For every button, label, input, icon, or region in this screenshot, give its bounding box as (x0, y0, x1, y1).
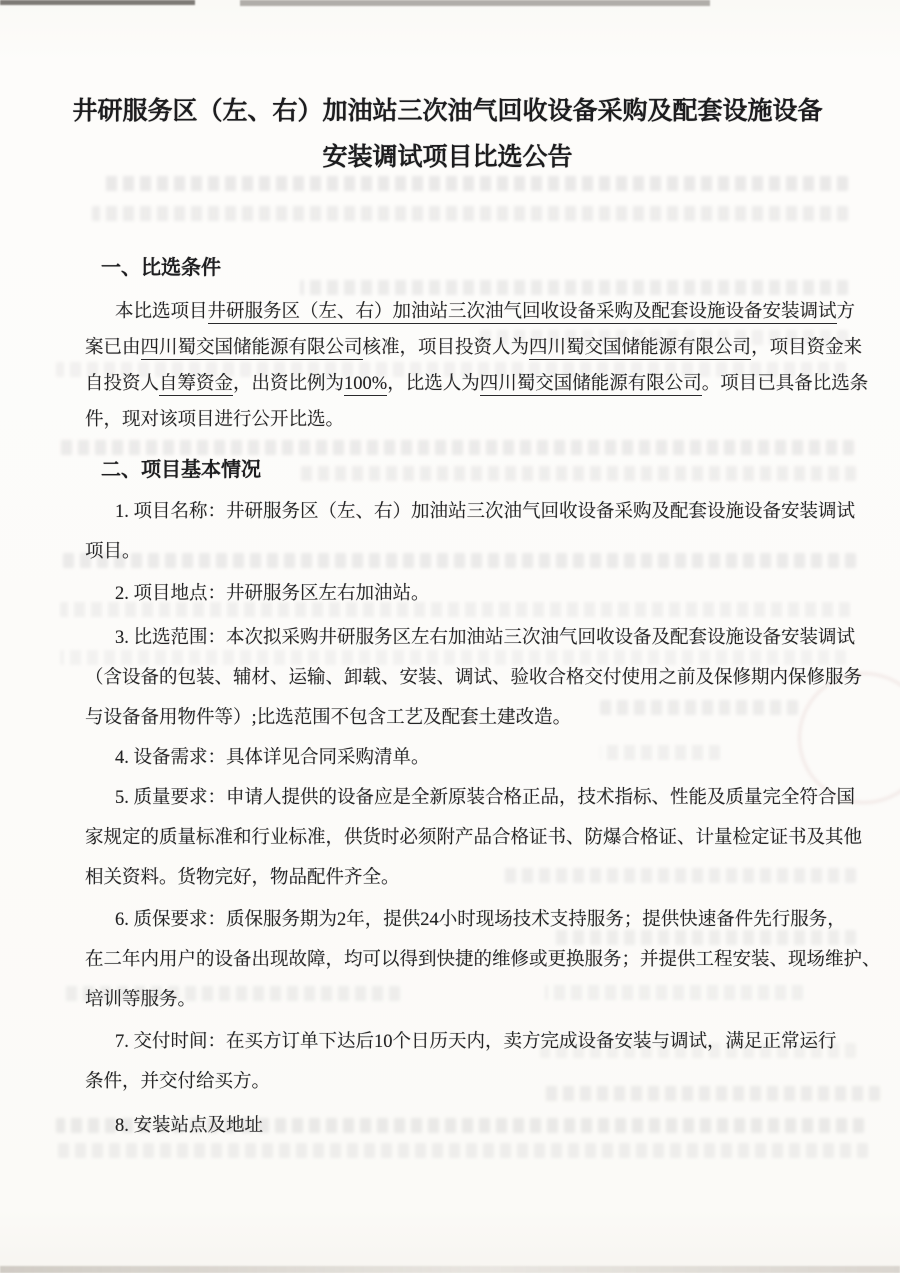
text-segment: ，比选人为 (387, 374, 480, 394)
item-project-name: 1. 项目名称：井研服务区（左、右）加油站三次油气回收设备采购及配套设施设备安装… (85, 492, 851, 572)
text-segment: 家规定的质量标准和行业标准，供货时必须附产品合格证书、防爆合格证、计量检定证书及… (85, 828, 862, 848)
text-line: 1. 项目名称：井研服务区（左、右）加油站三次油气回收设备采购及配套设施设备安装… (85, 492, 851, 532)
text-line: 相关资料。货物完好，物品配件齐全。 (85, 858, 851, 898)
text-line: 3. 比选范围：本次拟采购井研服务区左右加油站三次油气回收设备及配套设施设备安装… (85, 618, 851, 658)
item-equipment-demand: 4. 设备需求：具体详见合同采购清单。 (85, 738, 851, 778)
text-segment: 7. 交付时间：在买方订单下达后10个日历天内，卖方完成设备安装与调试，满足正常… (115, 1032, 837, 1052)
text-segment: 8. 安装站点及地址 (115, 1116, 263, 1136)
item-delivery-time: 7. 交付时间：在买方订单下达后10个日历天内，卖方完成设备安装与调试，满足正常… (85, 1022, 851, 1102)
text-segment: 5. 质量要求：申请人提供的设备应是全新原装合格正品，技术指标、性能及质量完全符… (115, 788, 855, 808)
item-warranty-requirements: 6. 质保要求：质保服务期为2年，提供24小时现场技术支持服务；提供快速备件先行… (85, 900, 851, 1020)
text-segment: 。项目已具备比选条 (702, 374, 869, 394)
underlined-text: 四川蜀交国储能源有限公司 (480, 374, 702, 396)
paragraph-bid-conditions: 本比选项目井研服务区（左、右）加油站三次油气回收设备采购及配套设施设备安装调试方… (85, 294, 851, 438)
text-line: 条件，并交付给买方。 (85, 1062, 851, 1102)
underlined-text: 自筹资金 (159, 374, 233, 396)
section-heading-bid-conditions: 一、比选条件 (101, 252, 851, 284)
text-segment: 相关资料。货物完好，物品配件齐全。 (85, 868, 400, 888)
text-segment: ，项目资金来 (751, 338, 862, 358)
text-line: 培训等服务。 (85, 980, 851, 1020)
text-line: 2. 项目地点：井研服务区左右加油站。 (85, 574, 851, 614)
text-line: （含设备的包装、辅材、运输、卸载、安装、调试、验收合格交付使用之前及保修期内保修… (85, 658, 851, 698)
text-segment: 2. 项目地点：井研服务区左右加油站。 (115, 584, 430, 604)
text-segment: 培训等服务。 (85, 990, 196, 1010)
text-segment: 在二年内用户的设备出现故障，均可以得到快捷的维修或更换服务；并提供工程安装、现场… (85, 950, 881, 970)
text-segment: （含设备的包装、辅材、运输、卸载、安装、调试、验收合格交付使用之前及保修期内保修… (85, 668, 862, 688)
scan-edge-artifact (240, 0, 710, 6)
item-project-location: 2. 项目地点：井研服务区左右加油站。 (85, 574, 851, 614)
document-title-line-2: 安装调试项目比选公告 (55, 134, 840, 180)
item-install-sites: 8. 安装站点及地址 (85, 1106, 851, 1146)
text-segment: 核准，项目投资人为 (363, 338, 530, 358)
document-title: 井研服务区（左、右）加油站三次油气回收设备采购及配套设施设备 安装调试项目比选公… (55, 88, 840, 180)
text-line: 家规定的质量标准和行业标准，供货时必须附产品合格证书、防爆合格证、计量检定证书及… (85, 818, 851, 858)
text-line: 8. 安装站点及地址 (85, 1106, 851, 1146)
text-segment: 本比选项目 (115, 302, 208, 322)
text-line: 本比选项目井研服务区（左、右）加油站三次油气回收设备采购及配套设施设备安装调试方 (85, 294, 851, 330)
text-segment: 6. 质保要求：质保服务期为2年，提供24小时现场技术支持服务；提供快速备件先行… (115, 910, 846, 930)
text-line: 项目。 (85, 532, 851, 572)
text-line: 7. 交付时间：在买方订单下达后10个日历天内，卖方完成设备安装与调试，满足正常… (85, 1022, 851, 1062)
text-line: 自投资人自筹资金，出资比例为100%，比选人为四川蜀交国储能源有限公司。项目已具… (85, 366, 851, 402)
text-segment: 件，现对该项目进行公开比选。 (85, 410, 344, 430)
text-segment: 方 (837, 302, 856, 322)
text-segment: 1. 项目名称：井研服务区（左、右）加油站三次油气回收设备采购及配套设施设备安装… (115, 502, 855, 522)
section-heading-project-overview: 二、项目基本情况 (101, 454, 851, 486)
text-segment: ，出资比例为 (233, 374, 344, 394)
scan-edge-artifact (0, 1266, 900, 1273)
bleedthrough-artifact (92, 206, 848, 221)
text-segment: 自投资人 (85, 374, 159, 394)
project-overview-items: 1. 项目名称：井研服务区（左、右）加油站三次油气回收设备采购及配套设施设备安装… (85, 492, 851, 1146)
text-segment: 与设备备用物件等）;比选范围不包含工艺及配套土建改造。 (85, 708, 571, 728)
underlined-text: 四川蜀交国储能源有限公司 (141, 338, 363, 360)
document-body: 一、比选条件 本比选项目井研服务区（左、右）加油站三次油气回收设备采购及配套设施… (85, 240, 851, 1146)
text-line: 6. 质保要求：质保服务期为2年，提供24小时现场技术支持服务；提供快速备件先行… (85, 900, 851, 940)
item-quality-requirements: 5. 质量要求：申请人提供的设备应是全新原装合格正品，技术指标、性能及质量完全符… (85, 778, 851, 898)
text-line: 案已由四川蜀交国储能源有限公司核准，项目投资人为四川蜀交国储能源有限公司，项目资… (85, 330, 851, 366)
underlined-text: 100% (344, 374, 387, 396)
scan-edge-artifact (0, 0, 195, 5)
text-segment: 案已由 (85, 338, 141, 358)
underlined-text: 井研服务区（左、右）加油站三次油气回收设备采购及配套设施设备安装调试 (208, 302, 837, 324)
underlined-text: 四川蜀交国储能源有限公司 (529, 338, 751, 360)
text-segment: 项目。 (85, 542, 141, 562)
text-line: 与设备备用物件等）;比选范围不包含工艺及配套土建改造。 (85, 698, 851, 738)
item-bid-scope: 3. 比选范围：本次拟采购井研服务区左右加油站三次油气回收设备及配套设施设备安装… (85, 618, 851, 738)
text-line: 件，现对该项目进行公开比选。 (85, 402, 851, 438)
text-line: 4. 设备需求：具体详见合同采购清单。 (85, 738, 851, 778)
text-line: 在二年内用户的设备出现故障，均可以得到快捷的维修或更换服务；并提供工程安装、现场… (85, 940, 851, 980)
document-title-line-1: 井研服务区（左、右）加油站三次油气回收设备采购及配套设施设备 (55, 88, 840, 134)
text-segment: 4. 设备需求：具体详见合同采购清单。 (115, 748, 430, 768)
text-line: 5. 质量要求：申请人提供的设备应是全新原装合格正品，技术指标、性能及质量完全符… (85, 778, 851, 818)
scanned-document-page: 井研服务区（左、右）加油站三次油气回收设备采购及配套设施设备 安装调试项目比选公… (0, 0, 900, 1273)
text-segment: 条件，并交付给买方。 (85, 1072, 270, 1092)
text-segment: 3. 比选范围：本次拟采购井研服务区左右加油站三次油气回收设备及配套设施设备安装… (115, 628, 855, 648)
